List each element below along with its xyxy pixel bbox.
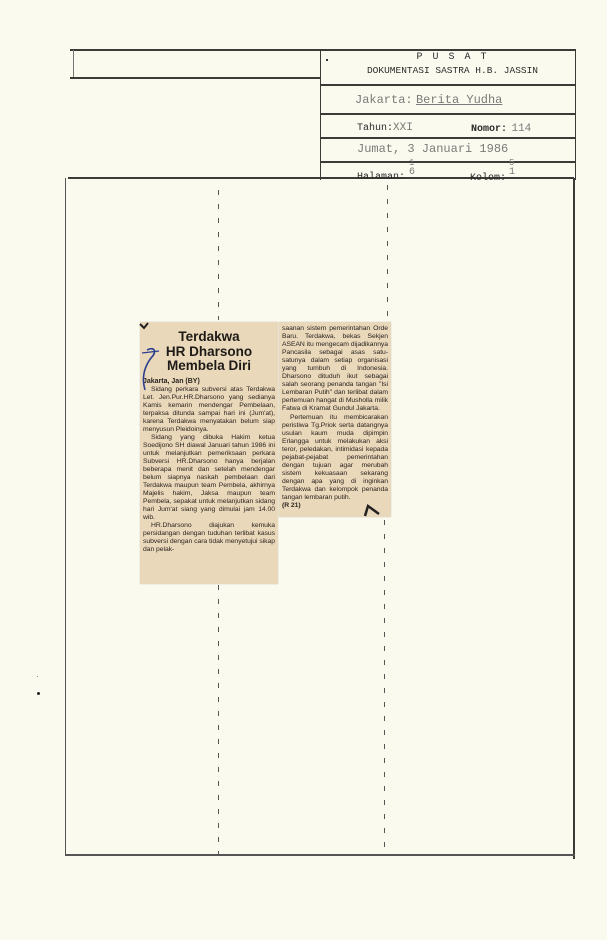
speck xyxy=(37,676,38,677)
institution-line-2: DOKUMENTASI SASTRA H.B. JASSIN xyxy=(330,65,575,76)
row-sep-1 xyxy=(320,84,576,86)
frame-right-border xyxy=(573,178,575,859)
kolom-label: Kolom: xyxy=(470,173,506,184)
tahun-row: Tahun:XXI xyxy=(357,117,413,135)
nomor-label: Nomor: xyxy=(471,124,507,135)
tahun-value: XXI xyxy=(393,122,413,134)
source-row: Jakarta: Berita Yudha xyxy=(355,92,502,107)
row-sep-3 xyxy=(320,137,576,139)
frame-bottom-border xyxy=(65,854,575,856)
frame-left-border xyxy=(65,178,66,855)
speck xyxy=(37,692,40,695)
fold-line-upper-left xyxy=(218,190,219,320)
institution-line-1: P U S A T xyxy=(330,52,575,63)
paragraph: HR.Dharsono diajukan kemuka persidangan … xyxy=(143,522,275,554)
kolom-value-bottom: 1 xyxy=(509,167,515,178)
row-sep-4 xyxy=(320,161,576,163)
fold-line-upper-right xyxy=(387,185,388,320)
corner-mark-icon xyxy=(362,502,382,518)
clipping-column-2: saanan sistem pemerintahan Orde Baru. Te… xyxy=(279,322,391,517)
nomor-value: 114 xyxy=(511,123,531,135)
marker-dot xyxy=(326,59,328,61)
newspaper-name: Berita Yudha xyxy=(416,93,502,107)
kolom-row: Kolom: xyxy=(470,167,506,185)
tahun-label: Tahun: xyxy=(357,123,393,134)
signoff-code: (R 21) xyxy=(282,502,301,509)
fold-line-lower-right xyxy=(384,520,385,855)
halaman-label: Halaman: xyxy=(357,172,405,183)
paragraph: saanan sistem pemerintahan Orde Baru. Te… xyxy=(282,325,388,414)
paragraph: Sidang yang dibuka Hakim ketua Soedijono… xyxy=(143,434,275,523)
nomor-row: Nomor: 114 xyxy=(471,118,531,136)
fold-line-lower-left xyxy=(218,585,219,855)
form-left-box-bottom xyxy=(70,77,320,79)
pen-mark-icon xyxy=(135,318,175,398)
publication-date: Jumat, 3 Januari 1986 xyxy=(357,142,508,156)
city-label: Jakarta: xyxy=(355,93,413,107)
form-top-border xyxy=(70,49,576,51)
halaman-row: Halaman: xyxy=(357,166,405,184)
form-left-tick xyxy=(73,50,74,77)
row-sep-2 xyxy=(320,113,576,115)
halaman-value-bottom: 6 xyxy=(409,167,415,178)
paragraph: Pertemuan itu membicarakan peristiwa Tg.… xyxy=(282,414,388,503)
